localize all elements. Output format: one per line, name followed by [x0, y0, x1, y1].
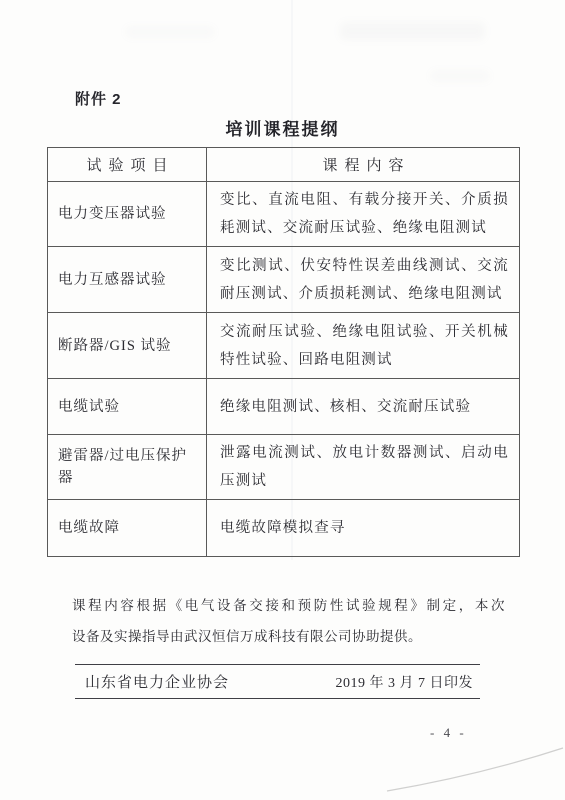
course-content-cell: 变比测试、伏安特性误差曲线测试、交流耐压测试、介质损耗测试、绝缘电阻测试: [207, 247, 520, 313]
scan-smudge: [125, 26, 215, 38]
table-header-row: 试验项目 课程内容: [48, 148, 520, 182]
attachment-label: 附件 2: [75, 88, 122, 109]
test-item-cell: 电缆试验: [48, 379, 207, 435]
table-row: 电缆故障 电缆故障模拟查寻: [48, 500, 520, 557]
table-row: 断路器/GIS 试验 交流耐压试验、绝缘电阻试验、开关机械特性试验、回路电阻测试: [48, 313, 520, 379]
note-line-1: 课程内容根据《电气设备交接和预防性试验规程》制定，本次: [72, 590, 505, 621]
note-line-2: 设备及实操指导由武汉恒信万成科技有限公司协助提供。: [72, 621, 505, 652]
table-row: 电力互感器试验 变比测试、伏安特性误差曲线测试、交流耐压测试、介质损耗测试、绝缘…: [48, 247, 520, 313]
scan-smudge: [340, 22, 485, 40]
issuance-divider-bottom: [75, 698, 480, 699]
note-paragraph: 课程内容根据《电气设备交接和预防性试验规程》制定，本次 设备及实操指导由武汉恒信…: [72, 590, 505, 652]
issuance-block: 山东省电力企业协会 2019 年 3 月 7 日印发: [75, 664, 480, 699]
table-row: 电缆试验 绝缘电阻测试、核相、交流耐压试验: [48, 379, 520, 435]
page-title: 培训课程提纲: [0, 115, 565, 140]
test-item-cell: 避雷器/过电压保护器: [48, 435, 207, 500]
issuing-organization: 山东省电力企业协会: [85, 671, 229, 692]
column-header-test-item: 试验项目: [48, 148, 207, 182]
column-header-course-content: 课程内容: [207, 148, 520, 182]
course-content-cell: 交流耐压试验、绝缘电阻试验、开关机械特性试验、回路电阻测试: [207, 313, 520, 379]
test-item-cell: 电力变压器试验: [48, 182, 207, 247]
test-item-cell: 电缆故障: [48, 500, 207, 557]
scan-smudge: [430, 70, 490, 82]
issue-date: 2019 年 3 月 7 日印发: [336, 672, 474, 692]
table-row: 避雷器/过电压保护器 泄露电流测试、放电计数器测试、启动电压测试: [48, 435, 520, 500]
course-content-cell: 变比、直流电阻、有载分接开关、介质损耗测试、交流耐压试验、绝缘电阻测试: [207, 182, 520, 247]
test-item-cell: 断路器/GIS 试验: [48, 313, 207, 379]
table-row: 电力变压器试验 变比、直流电阻、有载分接开关、介质损耗测试、交流耐压试验、绝缘电…: [48, 182, 520, 247]
document-page: 附件 2 培训课程提纲 试验项目 课程内容 电力变压器试验 变比、直流电阻、有载…: [0, 0, 565, 800]
course-content-cell: 泄露电流测试、放电计数器测试、启动电压测试: [207, 435, 520, 500]
course-content-cell: 电缆故障模拟查寻: [207, 500, 520, 557]
course-content-cell: 绝缘电阻测试、核相、交流耐压试验: [207, 379, 520, 435]
test-item-cell: 电力互感器试验: [48, 247, 207, 313]
page-number: - 4 -: [430, 725, 467, 741]
course-outline-table: 试验项目 课程内容 电力变压器试验 变比、直流电阻、有载分接开关、介质损耗测试、…: [47, 147, 520, 557]
